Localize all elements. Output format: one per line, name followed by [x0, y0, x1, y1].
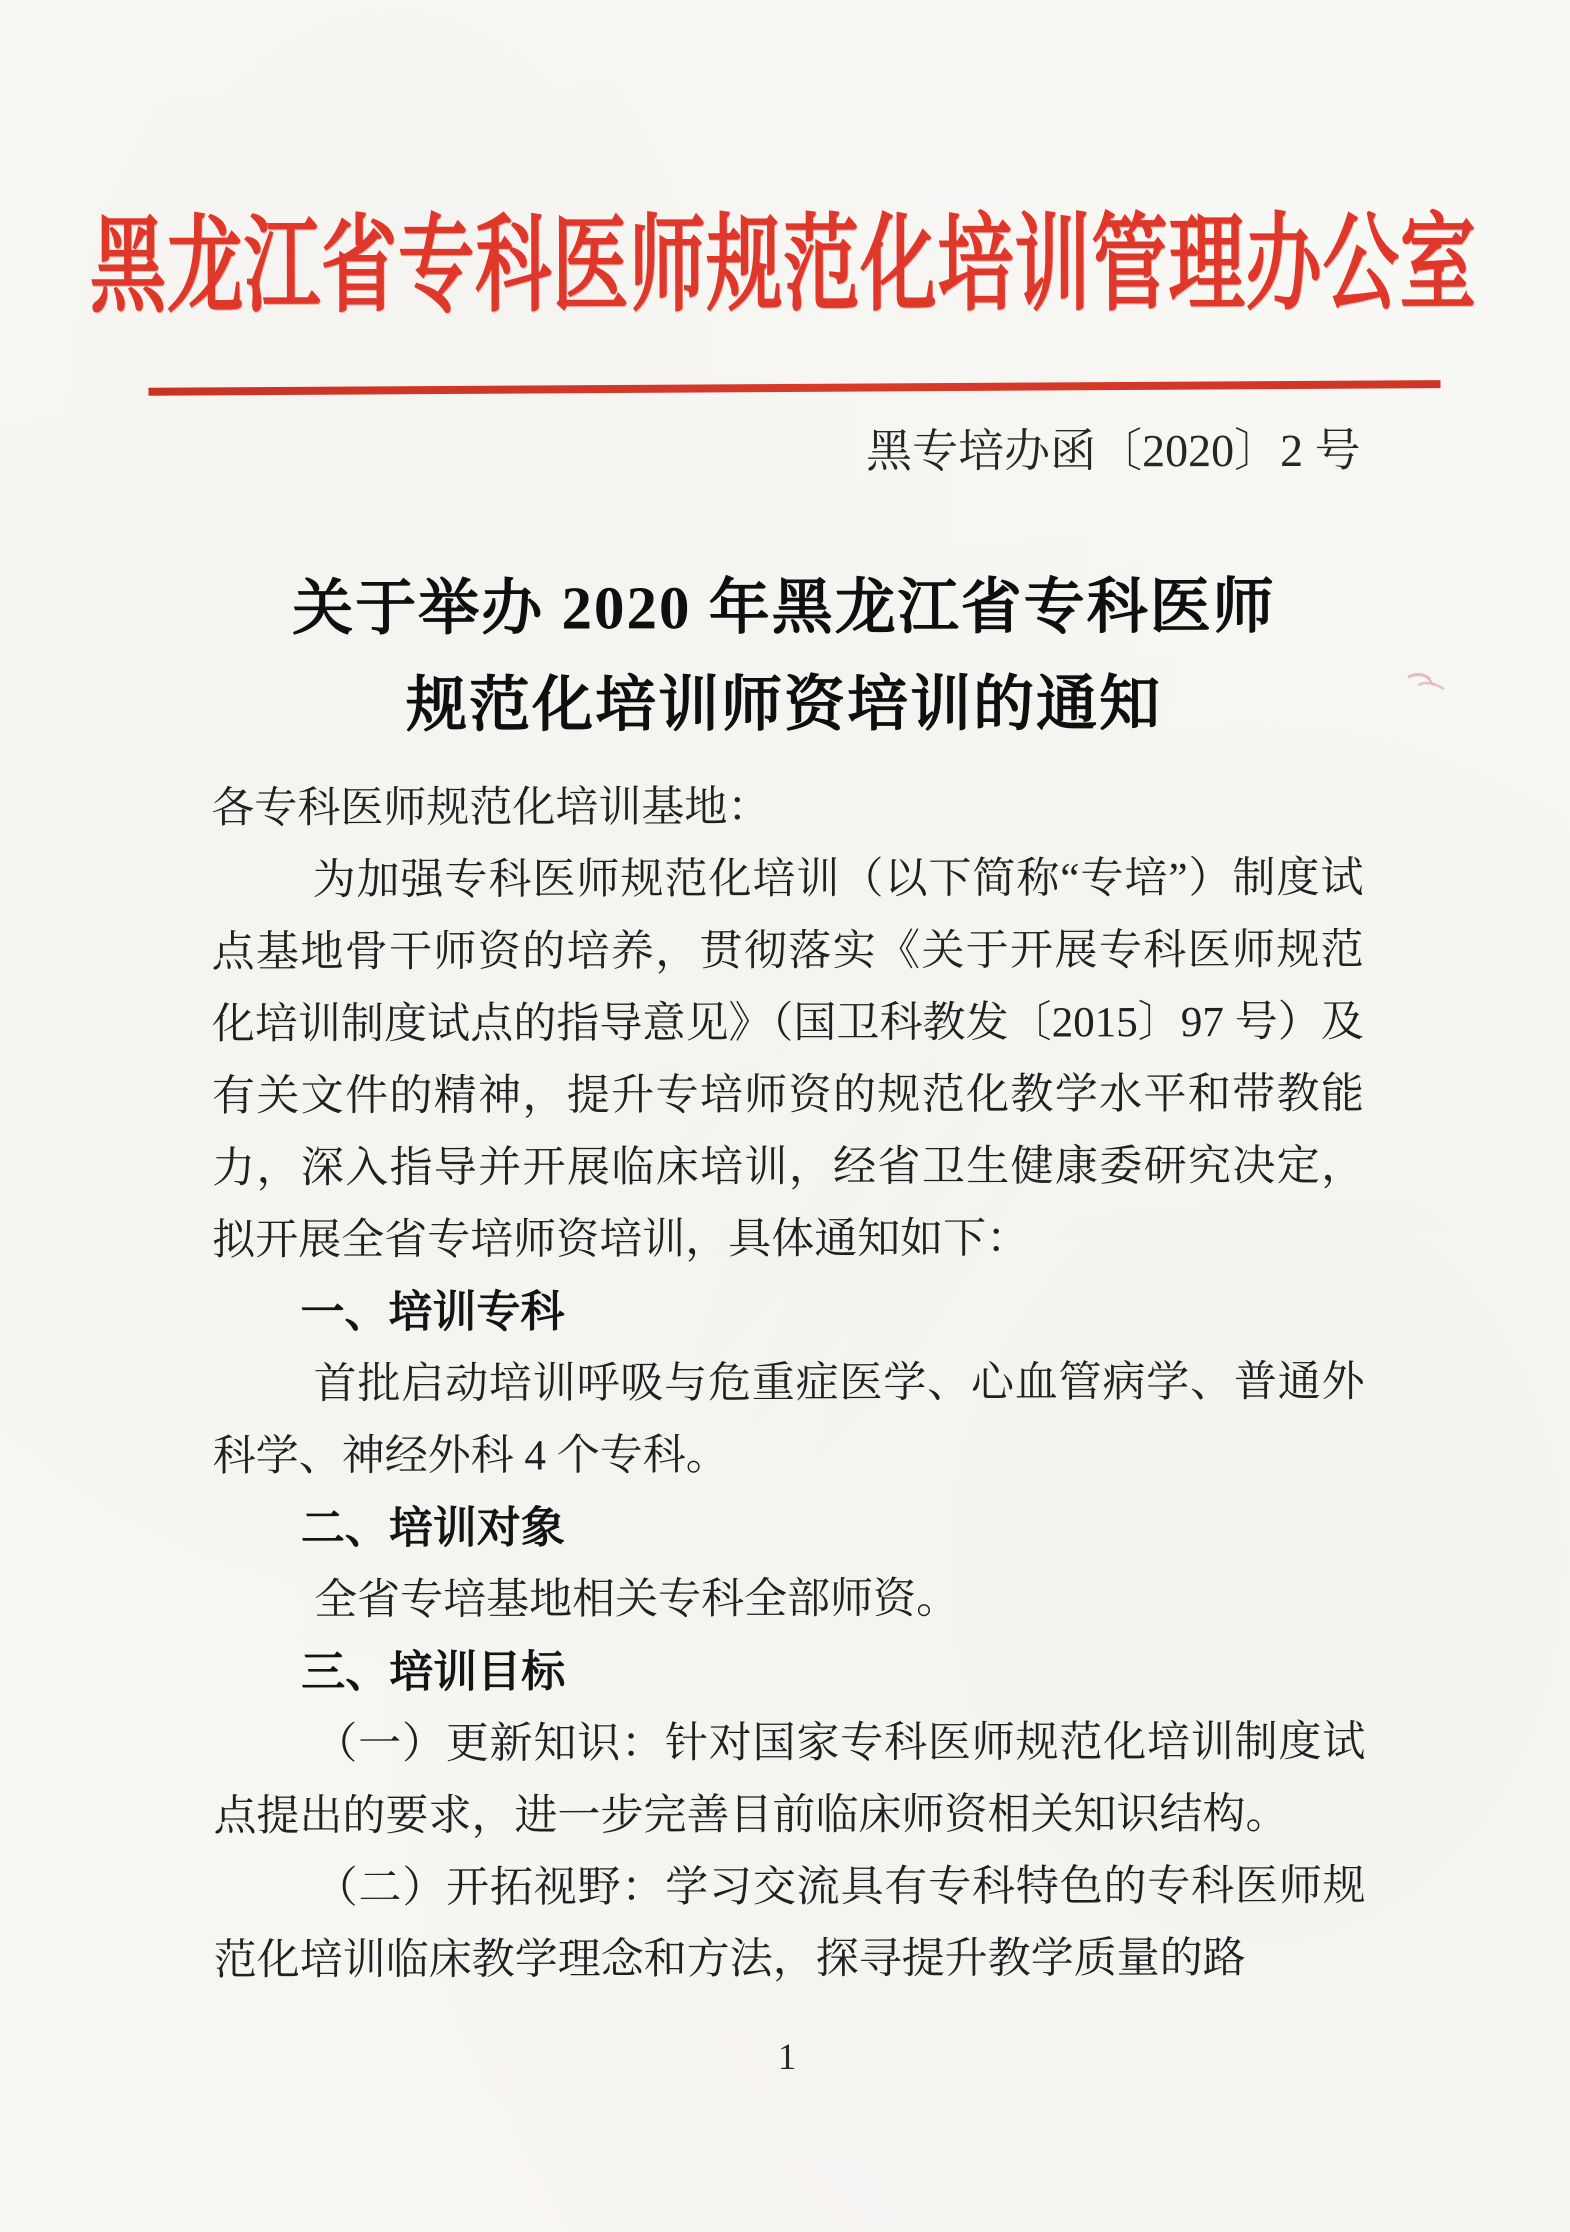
- section-1-paragraph: 首批启动培训呼吸与危重症医学、心血管病学、普通外科学、神经外科 4 个专科。: [212, 1347, 1364, 1493]
- page-number: 1: [2, 2034, 1570, 2080]
- letterhead-divider-rule: [148, 380, 1440, 396]
- document-number: 黑专培办函〔2020〕2 号: [866, 419, 1361, 484]
- salutation: 各专科医师规范化培训基地：: [211, 771, 1363, 845]
- section-3-paragraph-2: （二）开拓视野：学习交流具有专科特色的专科医师规范化培训临床教学理念和方法，探寻…: [214, 1851, 1366, 1997]
- section-3-paragraph-1: （一）更新知识：针对国家专科医师规范化培训制度试点提出的要求，进一步完善目前临床…: [213, 1707, 1365, 1853]
- section-heading-3: 三、培训目标: [213, 1635, 1365, 1709]
- intro-paragraph: 为加强专科医师规范化培训（以下简称“专培”）制度试点基地骨干师资的培养，贯彻落实…: [211, 843, 1364, 1277]
- document-body: 各专科医师规范化培训基地： 为加强专科医师规范化培训（以下简称“专培”）制度试点…: [211, 771, 1366, 1997]
- scanned-document-page: 黑龙江省专科医师规范化培训管理办公室 黑专培办函〔2020〕2 号 关于举办 2…: [0, 0, 1570, 2232]
- scan-smudge-artifact: [1403, 663, 1451, 703]
- section-heading-2: 二、培训对象: [213, 1491, 1365, 1565]
- document-title-line2: 规范化培训师资培训的通知: [0, 655, 1569, 755]
- scan-content: 黑龙江省专科医师规范化培训管理办公室 黑专培办函〔2020〕2 号 关于举办 2…: [0, 0, 1570, 2232]
- document-title: 关于举办 2020 年黑龙江省专科医师 规范化培训师资培训的通知: [0, 558, 1569, 755]
- document-title-line1: 关于举办 2020 年黑龙江省专科医师: [0, 558, 1569, 658]
- letterhead: 黑龙江省专科医师规范化培训管理办公室: [0, 194, 1568, 337]
- section-heading-1: 一、培训专科: [212, 1275, 1364, 1349]
- section-2-paragraph: 全省专培基地相关专科全部师资。: [213, 1563, 1365, 1637]
- letterhead-title: 黑龙江省专科医师规范化培训管理办公室: [90, 195, 1477, 338]
